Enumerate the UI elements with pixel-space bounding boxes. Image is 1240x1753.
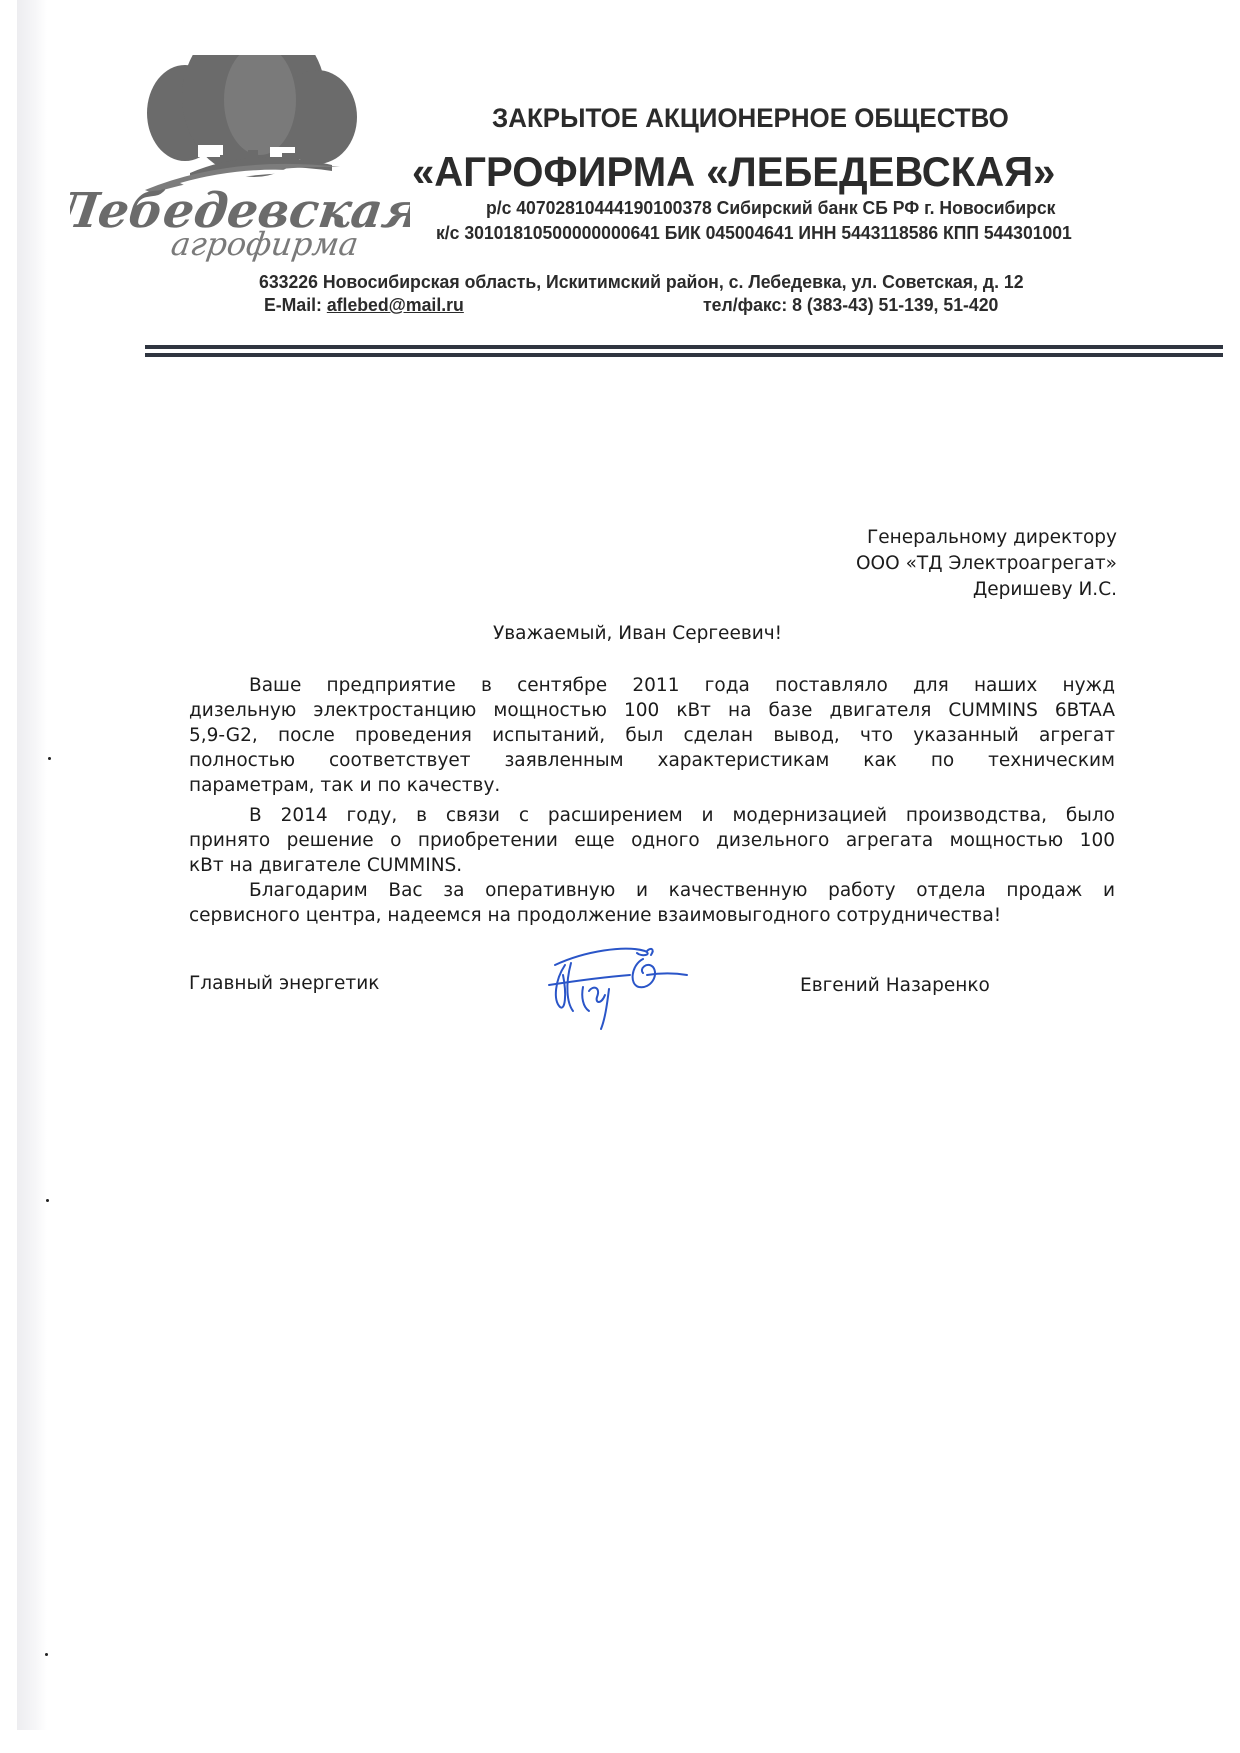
body-paragraph-3: Благодарим Вас за оперативную и качестве… <box>189 878 1115 928</box>
header-divider-top <box>145 345 1223 349</box>
text-line: принято решение о приобретении еще одног… <box>189 828 1115 853</box>
svg-text:агрофирма: агрофирма <box>169 225 361 263</box>
org-type: ЗАКРЫТОЕ АКЦИОНЕРНОЕ ОБЩЕСТВО <box>492 103 1009 134</box>
handwritten-signature-icon <box>535 945 695 1030</box>
email-line: E-Mail: aflebed@mail.ru <box>264 294 464 316</box>
body-paragraph-1: Ваше предприятие в сентябре 2011 года по… <box>189 673 1115 798</box>
org-name: «АГРОФИРМА «ЛЕБЕДЕВСКАЯ» <box>412 148 1055 196</box>
text-line: дизельную электростанцию мощностью 100 к… <box>189 698 1115 723</box>
text-line: параметрам, так и по качеству. <box>189 773 1115 798</box>
corr-account: к/с 30101810500000000641 БИК 045004641 И… <box>436 222 1072 244</box>
body-paragraph-2: В 2014 году, в связи с расширением и мод… <box>189 803 1115 878</box>
scan-speck <box>48 757 51 760</box>
text-line: Благодарим Вас за оперативную и качестве… <box>189 878 1115 903</box>
text-line: полностью соответствует заявленным харак… <box>189 748 1115 773</box>
scan-edge-shadow <box>17 0 47 1730</box>
text-line: Ваше предприятие в сентябре 2011 года по… <box>189 673 1115 698</box>
postal-address: 633226 Новосибирская область, Искитимски… <box>259 271 1024 293</box>
scan-speck <box>45 1653 48 1656</box>
addressee-company: ООО «ТД Электроагрегат» <box>856 551 1117 577</box>
signatory-title: Главный энергетик <box>189 973 379 994</box>
text-line: В 2014 году, в связи с расширением и мод… <box>189 803 1115 828</box>
addressee-block: Генеральному директору ООО «ТД Электроаг… <box>856 525 1117 603</box>
header-divider-bottom <box>145 353 1223 357</box>
text-line: кВт на двигателе CUMMINS. <box>189 853 1115 878</box>
salutation: Уважаемый, Иван Сергеевич! <box>493 623 782 644</box>
trees-house-logo-icon: Лебедевская агрофирма <box>70 55 410 265</box>
bank-account: р/с 40702810444190100378 Сибирский банк … <box>486 197 1055 219</box>
phone-fax: тел/факс: 8 (383-43) 51-139, 51-420 <box>703 294 998 316</box>
scan-speck <box>46 1199 49 1202</box>
text-line: сервисного центра, надеемся на продолжен… <box>189 903 1115 928</box>
addressee-position: Генеральному директору <box>856 525 1117 551</box>
addressee-name: Деришеву И.С. <box>856 577 1117 603</box>
email-label: E-Mail: <box>264 294 327 315</box>
email-link[interactable]: aflebed@mail.ru <box>327 294 464 315</box>
text-line: 5,9-G2, после проведения испытаний, был … <box>189 723 1115 748</box>
signatory-name: Евгений Назаренко <box>800 975 990 996</box>
